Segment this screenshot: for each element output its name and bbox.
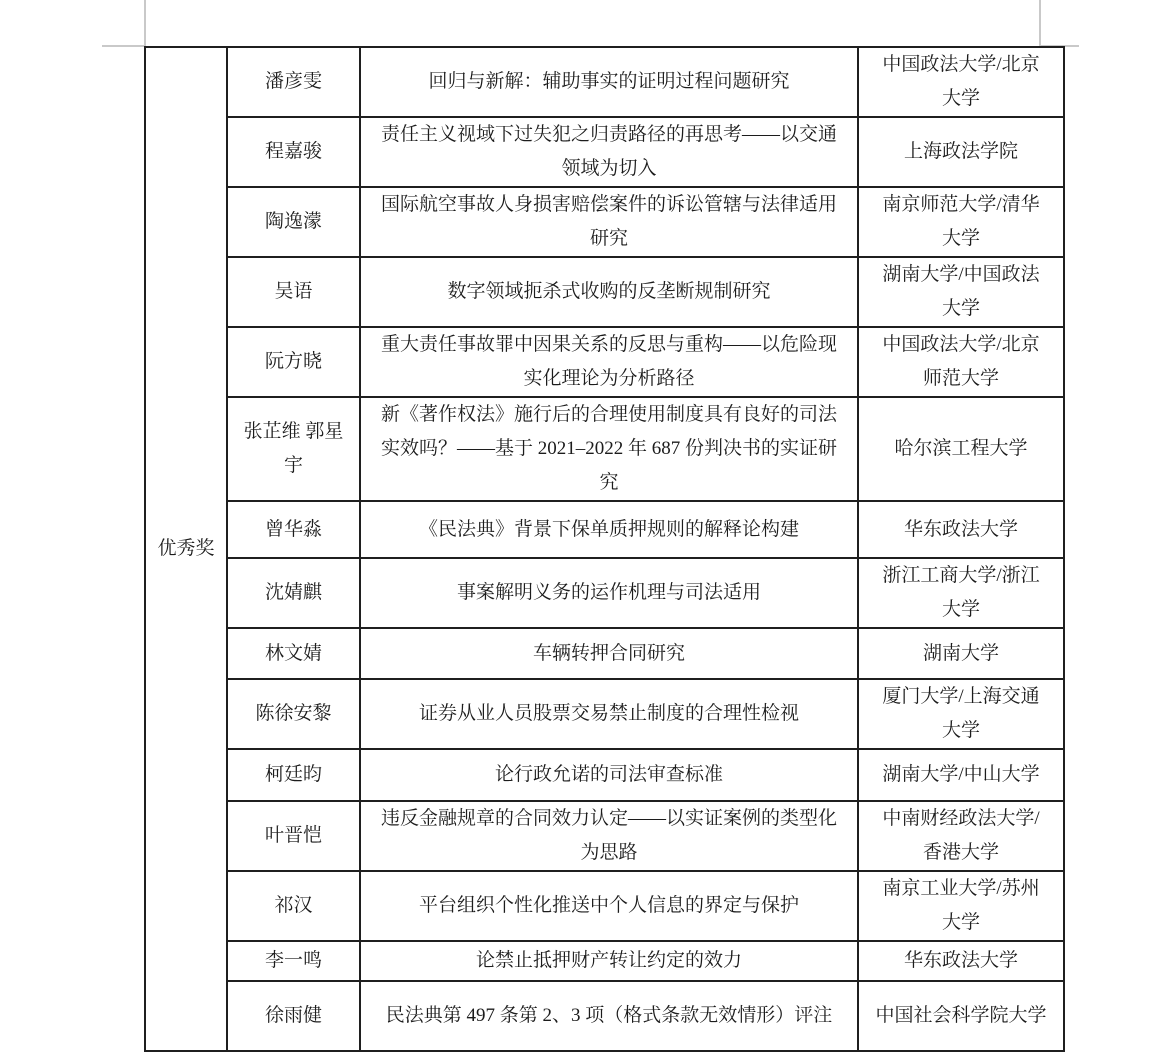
- university-cell: 湖南大学/中山大学: [858, 749, 1064, 801]
- university-cell: 中国政法大学/北京大学: [858, 47, 1064, 117]
- university-cell: 中国政法大学/北京师范大学: [858, 327, 1064, 397]
- winner-name-cell: 曾华淼: [227, 501, 360, 558]
- table-row: 祁汉平台组织个性化推送中个人信息的界定与保护南京工业大学/苏州大学: [145, 871, 1064, 941]
- university-cell: 中南财经政法大学/香港大学: [858, 801, 1064, 871]
- awards-table-body: 优秀奖潘彦雯回归与新解：辅助事实的证明过程问题研究中国政法大学/北京大学程嘉骏责…: [145, 47, 1064, 1051]
- paper-title-cell: 车辆转押合同研究: [360, 628, 858, 679]
- table-row: 沈婧麒事案解明义务的运作机理与司法适用浙江工商大学/浙江大学: [145, 558, 1064, 628]
- winner-name-cell: 陶逸濛: [227, 187, 360, 257]
- university-cell: 湖南大学/中国政法大学: [858, 257, 1064, 327]
- winner-name-cell: 潘彦雯: [227, 47, 360, 117]
- table-row: 阮方晓重大责任事故罪中因果关系的反思与重构——以危险现实化理论为分析路径中国政法…: [145, 327, 1064, 397]
- university-cell: 哈尔滨工程大学: [858, 397, 1064, 501]
- paper-title-cell: 数字领域扼杀式收购的反垄断规制研究: [360, 257, 858, 327]
- table-row: 柯廷昀论行政允诺的司法审查标准湖南大学/中山大学: [145, 749, 1064, 801]
- table-row: 程嘉骏责任主义视域下过失犯之归责路径的再思考——以交通领域为切入上海政法学院: [145, 117, 1064, 187]
- winner-name-cell: 阮方晓: [227, 327, 360, 397]
- table-row: 林文婧车辆转押合同研究湖南大学: [145, 628, 1064, 679]
- university-cell: 华东政法大学: [858, 501, 1064, 558]
- winner-name-cell: 叶晋恺: [227, 801, 360, 871]
- text-boundary-mark-top-left-horizontal: [102, 45, 146, 47]
- table-row: 曾华淼《民法典》背景下保单质押规则的解释论构建华东政法大学: [145, 501, 1064, 558]
- paper-title-cell: 回归与新解：辅助事实的证明过程问题研究: [360, 47, 858, 117]
- winner-name-cell: 陈徐安黎: [227, 679, 360, 749]
- text-boundary-mark-top-left-vertical: [144, 0, 146, 46]
- document-page: 优秀奖潘彦雯回归与新解：辅助事实的证明过程问题研究中国政法大学/北京大学程嘉骏责…: [0, 0, 1170, 1057]
- paper-title-cell: 《民法典》背景下保单质押规则的解释论构建: [360, 501, 858, 558]
- paper-title-cell: 重大责任事故罪中因果关系的反思与重构——以危险现实化理论为分析路径: [360, 327, 858, 397]
- table-row: 陈徐安黎证券从业人员股票交易禁止制度的合理性检视厦门大学/上海交通大学: [145, 679, 1064, 749]
- text-boundary-mark-top-right-vertical: [1039, 0, 1041, 46]
- paper-title-cell: 新《著作权法》施行后的合理使用制度具有良好的司法实效吗？——基于 2021–20…: [360, 397, 858, 501]
- winner-name-cell: 柯廷昀: [227, 749, 360, 801]
- winner-name-cell: 张芷维 郭星宇: [227, 397, 360, 501]
- paper-title-cell: 事案解明义务的运作机理与司法适用: [360, 558, 858, 628]
- awards-table: 优秀奖潘彦雯回归与新解：辅助事实的证明过程问题研究中国政法大学/北京大学程嘉骏责…: [144, 46, 1065, 1052]
- winner-name-cell: 林文婧: [227, 628, 360, 679]
- table-row: 徐雨健民法典第 497 条第 2、3 项（格式条款无效情形）评注中国社会科学院大…: [145, 981, 1064, 1051]
- award-category-cell: 优秀奖: [145, 47, 227, 1051]
- university-cell: 南京师范大学/清华大学: [858, 187, 1064, 257]
- table-row: 叶晋恺违反金融规章的合同效力认定——以实证案例的类型化为思路中南财经政法大学/香…: [145, 801, 1064, 871]
- university-cell: 上海政法学院: [858, 117, 1064, 187]
- paper-title-cell: 国际航空事故人身损害赔偿案件的诉讼管辖与法律适用研究: [360, 187, 858, 257]
- university-cell: 厦门大学/上海交通大学: [858, 679, 1064, 749]
- paper-title-cell: 论禁止抵押财产转让约定的效力: [360, 941, 858, 981]
- table-row: 优秀奖潘彦雯回归与新解：辅助事实的证明过程问题研究中国政法大学/北京大学: [145, 47, 1064, 117]
- winner-name-cell: 吴语: [227, 257, 360, 327]
- winner-name-cell: 徐雨健: [227, 981, 360, 1051]
- paper-title-cell: 平台组织个性化推送中个人信息的界定与保护: [360, 871, 858, 941]
- winner-name-cell: 李一鸣: [227, 941, 360, 981]
- paper-title-cell: 责任主义视域下过失犯之归责路径的再思考——以交通领域为切入: [360, 117, 858, 187]
- university-cell: 湖南大学: [858, 628, 1064, 679]
- winner-name-cell: 祁汉: [227, 871, 360, 941]
- university-cell: 华东政法大学: [858, 941, 1064, 981]
- table-row: 张芷维 郭星宇新《著作权法》施行后的合理使用制度具有良好的司法实效吗？——基于 …: [145, 397, 1064, 501]
- table-row: 陶逸濛国际航空事故人身损害赔偿案件的诉讼管辖与法律适用研究南京师范大学/清华大学: [145, 187, 1064, 257]
- winner-name-cell: 程嘉骏: [227, 117, 360, 187]
- university-cell: 中国社会科学院大学: [858, 981, 1064, 1051]
- paper-title-cell: 论行政允诺的司法审查标准: [360, 749, 858, 801]
- paper-title-cell: 民法典第 497 条第 2、3 项（格式条款无效情形）评注: [360, 981, 858, 1051]
- paper-title-cell: 证券从业人员股票交易禁止制度的合理性检视: [360, 679, 858, 749]
- paper-title-cell: 违反金融规章的合同效力认定——以实证案例的类型化为思路: [360, 801, 858, 871]
- winner-name-cell: 沈婧麒: [227, 558, 360, 628]
- university-cell: 浙江工商大学/浙江大学: [858, 558, 1064, 628]
- table-row: 李一鸣论禁止抵押财产转让约定的效力华东政法大学: [145, 941, 1064, 981]
- table-row: 吴语数字领域扼杀式收购的反垄断规制研究湖南大学/中国政法大学: [145, 257, 1064, 327]
- university-cell: 南京工业大学/苏州大学: [858, 871, 1064, 941]
